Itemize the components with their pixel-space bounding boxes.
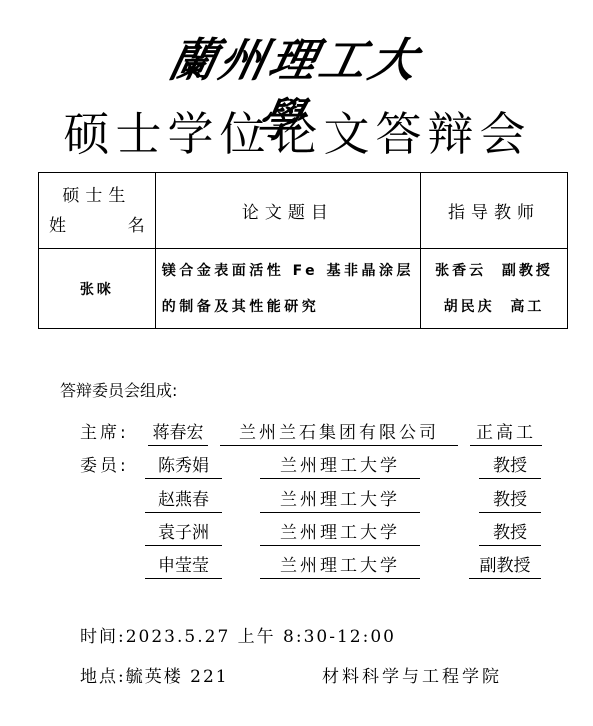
- member-name: 赵燕春: [145, 487, 222, 513]
- page-title: 硕士学位论文答辩会: [60, 102, 535, 166]
- header-surname: 姓: [49, 211, 66, 241]
- location-label: 地点:: [80, 667, 126, 687]
- table-row: 张咪 镁合金表面活性 Fe 基非晶涂层 的制备及其性能研究 张香云 副教授 胡民…: [39, 249, 568, 329]
- header-student-line1: 硕士生: [49, 181, 145, 211]
- member-name: 袁子洲: [145, 520, 222, 546]
- committee-heading: 答辩委员会组成:: [60, 378, 177, 401]
- school-name: 材料科学与工程学院: [322, 662, 502, 687]
- location-line: 地点:毓英楼 221: [80, 662, 229, 687]
- chair-name: 蒋春宏: [148, 420, 208, 446]
- member-label: 委员:: [80, 453, 129, 479]
- time-value: 2023.5.27 上午 8:30-12:00: [126, 627, 396, 647]
- header-student-line2: 姓 名: [49, 211, 145, 241]
- committee-member-row: 赵燕春 兰州理工大学 教授: [80, 487, 550, 515]
- member-name: 申莹莹: [145, 553, 222, 579]
- location-value: 毓英楼 221: [126, 667, 229, 687]
- table-header-row: 硕士生 姓 名 论文题目 指导教师: [39, 173, 568, 249]
- member-title: 教授: [479, 487, 541, 513]
- member-org: 兰州理工大学: [260, 553, 420, 579]
- header-student-name: 硕士生 姓 名: [39, 173, 156, 249]
- member-title: 教授: [479, 520, 541, 546]
- advisor-2: 胡民庆 高工: [421, 289, 567, 325]
- member-name: 陈秀娟: [145, 453, 222, 479]
- member-org: 兰州理工大学: [260, 520, 420, 546]
- committee-member-row: 申莹莹 兰州理工大学 副教授: [80, 553, 550, 581]
- advisor-1: 张香云 副教授: [421, 253, 567, 289]
- defense-info-table: 硕士生 姓 名 论文题目 指导教师 张咪 镁合金表面活性 Fe 基非晶涂层 的制…: [38, 172, 568, 329]
- thesis-topic-line1: 镁合金表面活性 Fe 基非晶涂层: [162, 253, 414, 289]
- chair-label: 主席:: [80, 420, 129, 446]
- chair-org: 兰州兰石集团有限公司: [220, 420, 458, 446]
- time-line: 时间:2023.5.27 上午 8:30-12:00: [80, 622, 396, 647]
- member-title: 教授: [479, 453, 541, 479]
- university-logo: 蘭州理工大學: [144, 30, 447, 90]
- committee-chair-row: 主席: 蒋春宏 兰州兰石集团有限公司 正高工: [80, 420, 550, 448]
- header-given-name: 名: [128, 211, 145, 241]
- committee-member-row: 袁子洲 兰州理工大学 教授: [80, 520, 550, 548]
- time-label: 时间:: [80, 627, 126, 647]
- member-org: 兰州理工大学: [260, 453, 420, 479]
- thesis-topic: 镁合金表面活性 Fe 基非晶涂层 的制备及其性能研究: [155, 249, 420, 329]
- thesis-topic-line2: 的制备及其性能研究: [162, 289, 414, 325]
- header-advisor: 指导教师: [420, 173, 567, 249]
- chair-title: 正高工: [470, 420, 542, 446]
- member-org: 兰州理工大学: [260, 487, 420, 513]
- committee-member-row: 委员: 陈秀娟 兰州理工大学 教授: [80, 453, 550, 481]
- student-name: 张咪: [39, 249, 156, 329]
- member-title: 副教授: [469, 553, 541, 579]
- advisors: 张香云 副教授 胡民庆 高工: [420, 249, 567, 329]
- header-topic: 论文题目: [155, 173, 420, 249]
